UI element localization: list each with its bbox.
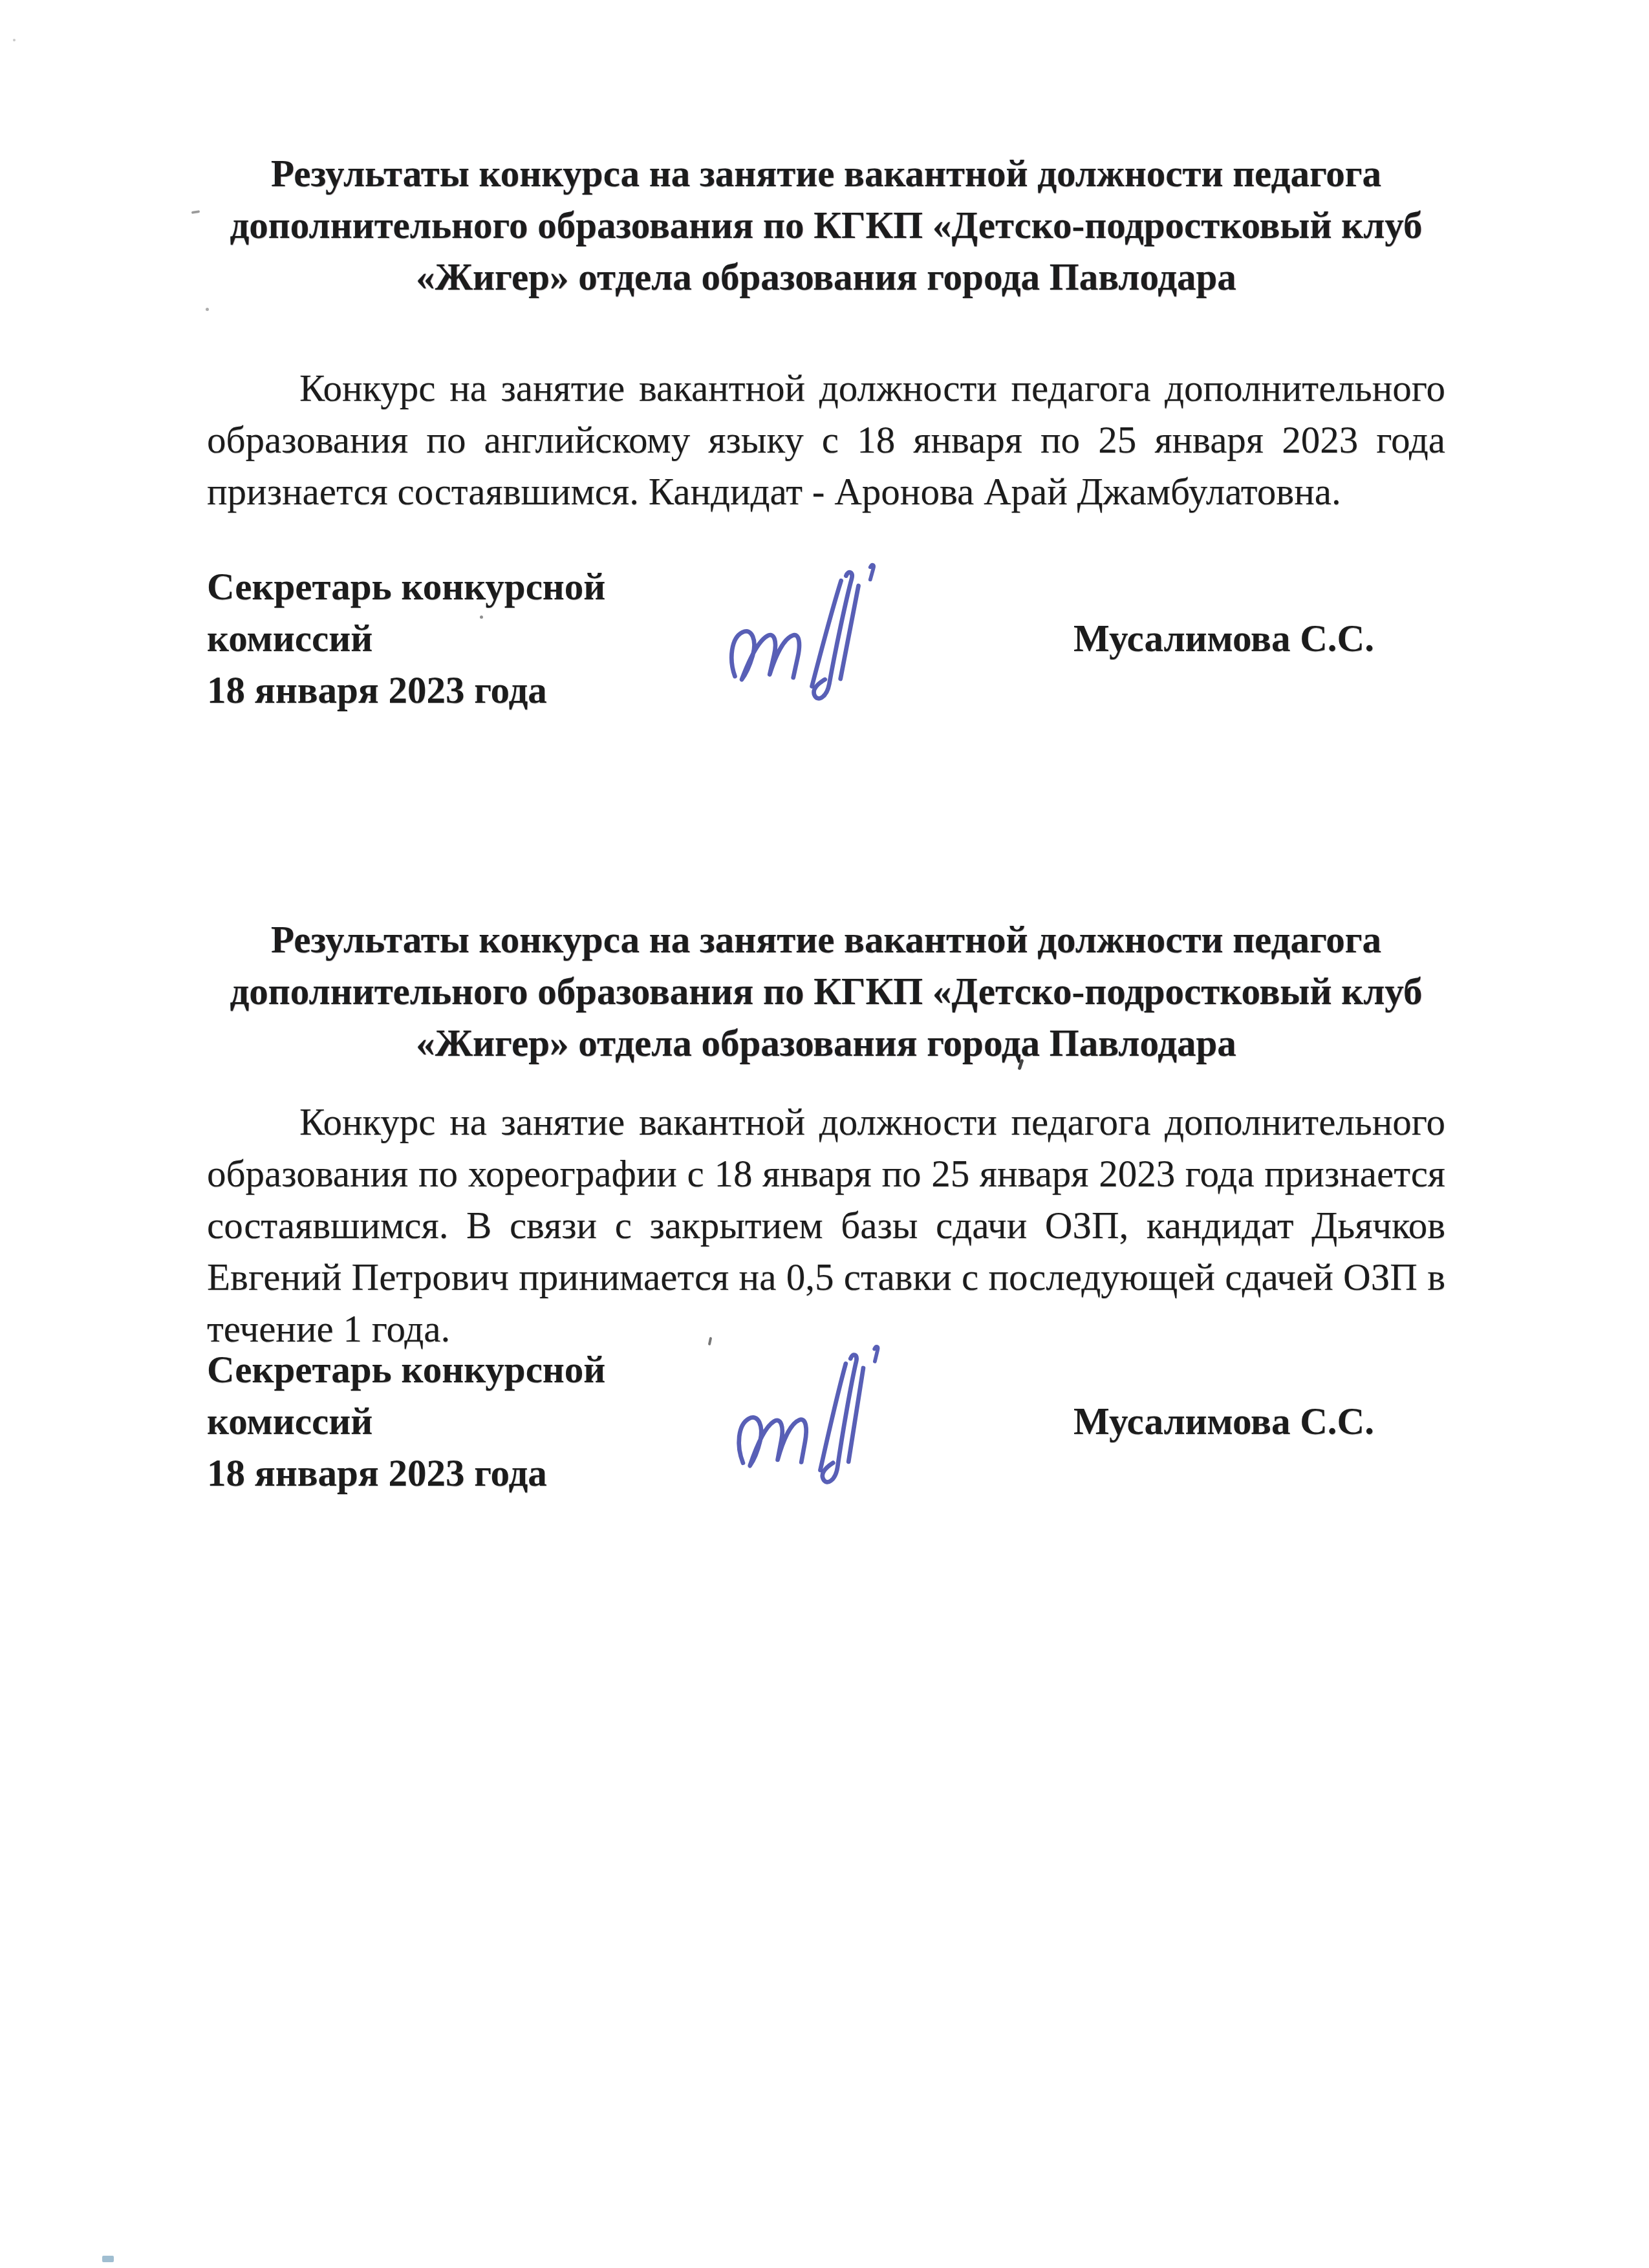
section-title-line: Результаты конкурса на занятие вакантной…	[207, 914, 1445, 965]
signature-date: 18 января 2023 года	[207, 664, 789, 716]
signer-name: Мусалимова С.С.	[1073, 1395, 1374, 1447]
section-title: Результаты конкурса на занятие вакантной…	[207, 147, 1445, 303]
body-paragraph: Конкурс на занятие вакантной должности п…	[207, 1096, 1445, 1354]
signer-role-line: Секретарь конкурсной	[207, 1343, 789, 1395]
signer-name: Мусалимова С.С.	[1073, 612, 1374, 664]
signer-role: Секретарь конкурсной комиссий 18 января …	[207, 561, 789, 716]
scanned-document-page: Результаты конкурса на занятие вакантной…	[0, 0, 1649, 2268]
section-title-line: «Жигер» отдела образования города Павлод…	[207, 251, 1445, 303]
scan-corner-mark	[102, 2256, 114, 2262]
body-line: образования по английскому языку с 18 ян…	[207, 414, 1445, 465]
section-title-line: дополнительного образования по КГКП «Дет…	[207, 199, 1445, 251]
section-title: Результаты конкурса на занятие вакантной…	[207, 914, 1445, 1069]
signer-role: Секретарь конкурсной комиссий 18 января …	[207, 1343, 789, 1499]
signature-date: 18 января 2023 года	[207, 1447, 789, 1499]
section-title-line: дополнительного образования по КГКП «Дет…	[207, 965, 1445, 1017]
section-title-line: Результаты конкурса на занятие вакантной…	[207, 147, 1445, 199]
section-title-line: «Жигер» отдела образования города Павлод…	[207, 1017, 1445, 1069]
signer-role-line: Секретарь конкурсной	[207, 561, 789, 612]
body-line: образования по хореографии с 18 января п…	[207, 1148, 1445, 1199]
scan-speck	[13, 39, 16, 41]
body-line: Конкурс на занятие вакантной должности п…	[207, 1096, 1445, 1148]
scan-speck	[206, 308, 209, 311]
signer-role-line: комиссий	[207, 1395, 789, 1447]
body-line: состаявшимся. В связи с закрытием базы с…	[207, 1199, 1445, 1251]
scan-speck	[480, 615, 483, 619]
handwritten-signature	[727, 1335, 926, 1497]
signer-role-line: комиссий	[207, 612, 789, 664]
scan-speck	[191, 210, 200, 214]
body-line: Евгений Петрович принимается на 0,5 став…	[207, 1251, 1445, 1303]
body-paragraph: Конкурс на занятие вакантной должности п…	[207, 362, 1445, 517]
handwritten-signature	[723, 555, 917, 710]
body-line: признается состаявшимся. Кандидат - Арон…	[207, 465, 1445, 517]
body-line: Конкурс на занятие вакантной должности п…	[207, 362, 1445, 414]
